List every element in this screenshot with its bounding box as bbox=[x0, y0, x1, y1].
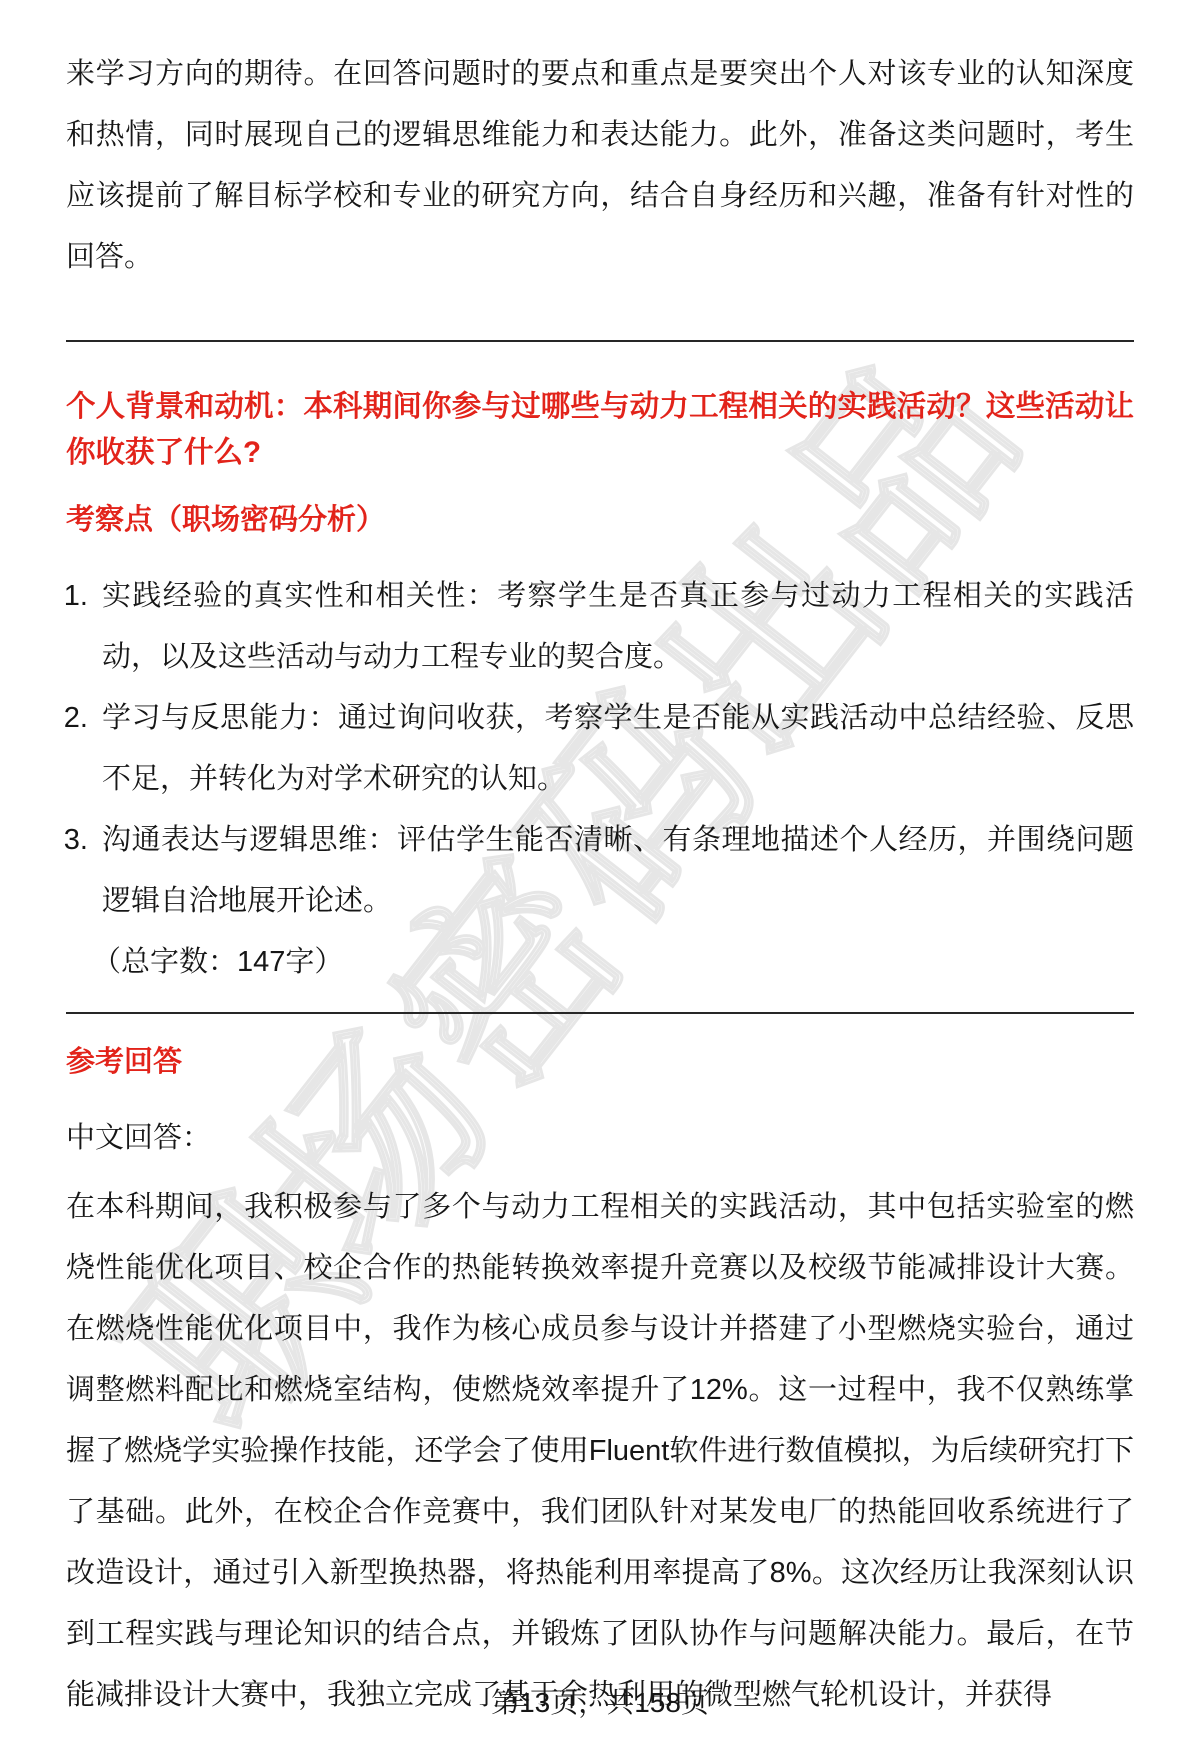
section-divider-middle bbox=[66, 1012, 1134, 1014]
answer-language-label: 中文回答： bbox=[66, 1108, 1134, 1169]
reference-answer-heading: 参考回答 bbox=[66, 1042, 1134, 1082]
analysis-point-3: 沟通表达与逻辑思维：评估学生能否清晰、有条理地描述个人经历，并围绕问题逻辑自洽地… bbox=[96, 810, 1134, 932]
analysis-heading: 考察点（职场密码分析） bbox=[66, 500, 1134, 540]
analysis-points-list: 实践经验的真实性和相关性：考察学生是否真正参与过动力工程相关的实践活动，以及这些… bbox=[66, 566, 1134, 932]
answer-paragraph: 在本科期间，我积极参与了多个与动力工程相关的实践活动，其中包括实验室的燃烧性能优… bbox=[66, 1177, 1134, 1726]
intro-paragraph: 来学习方向的期待。在回答问题时的要点和重点是要突出个人对该专业的认知深度和热情，… bbox=[66, 44, 1134, 288]
analysis-point-2: 学习与反思能力：通过询问收获，考察学生是否能从实践活动中总结经验、反思不足，并转… bbox=[96, 688, 1134, 810]
analysis-point-1: 实践经验的真实性和相关性：考察学生是否真正参与过动力工程相关的实践活动，以及这些… bbox=[96, 566, 1134, 688]
word-count-note: （总字数：147字） bbox=[92, 932, 1134, 993]
section-divider-top bbox=[66, 340, 1134, 342]
question-heading: 个人背景和动机：本科期间你参与过哪些与动力工程相关的实践活动？这些活动让你收获了… bbox=[66, 384, 1134, 476]
page-content: 来学习方向的期待。在回答问题时的要点和重点是要突出个人对该专业的认知深度和热情，… bbox=[0, 0, 1200, 1726]
page-number-footer: 第13页，共158页 bbox=[0, 1686, 1200, 1720]
document-page: 职场密码出品 来学习方向的期待。在回答问题时的要点和重点是要突出个人对该专业的认… bbox=[0, 0, 1200, 1755]
